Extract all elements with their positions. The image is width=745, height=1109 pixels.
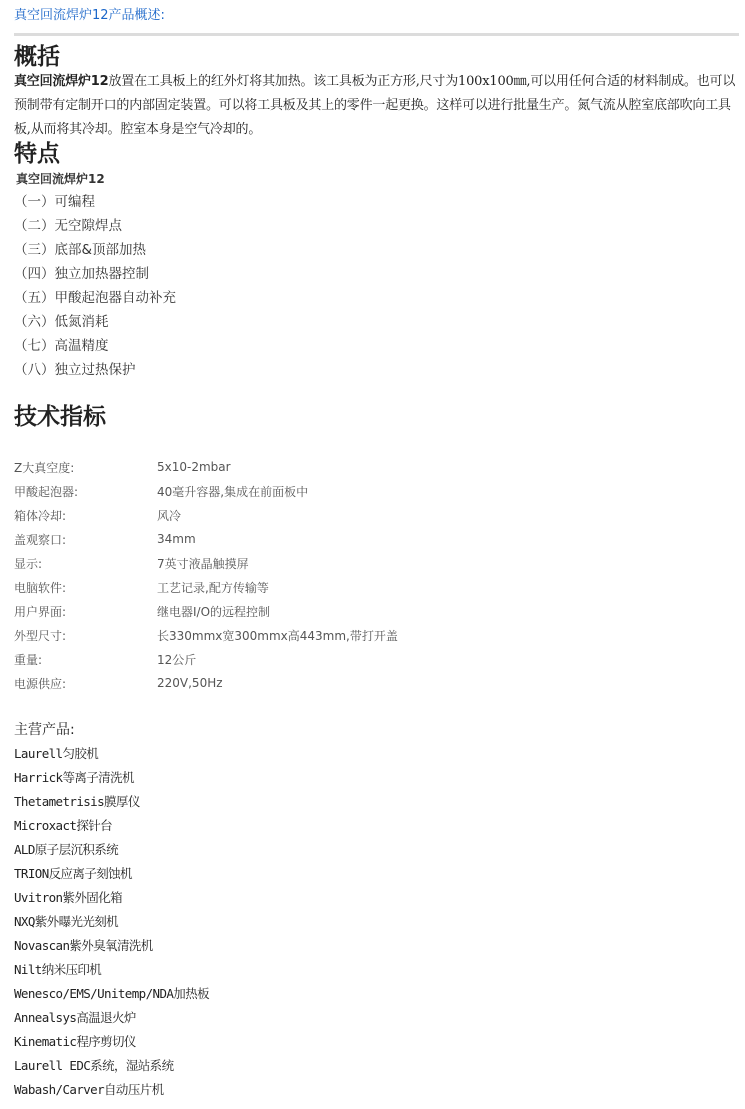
product-item: TRION反应离子刻蚀机 bbox=[14, 862, 209, 886]
spec-row: 用户界面:继电器I/O的远程控制 bbox=[14, 599, 398, 623]
spec-key: Z大真空度: bbox=[14, 455, 157, 479]
spec-key: 重量: bbox=[14, 647, 157, 671]
feature-item: （五）甲酸起泡器自动补充 bbox=[14, 286, 176, 310]
features-subheading: 真空回流焊炉12 bbox=[16, 171, 105, 187]
product-item: Uvitron紫外固化箱 bbox=[14, 886, 209, 910]
spec-key: 箱体冷却: bbox=[14, 503, 157, 527]
overview-heading: 概括 bbox=[14, 44, 60, 70]
spec-key: 甲酸起泡器: bbox=[14, 479, 157, 503]
spec-key: 电脑软件: bbox=[14, 575, 157, 599]
spec-key: 外型尺寸: bbox=[14, 623, 157, 647]
spec-value: 7英寸液晶触摸屏 bbox=[157, 551, 398, 575]
spec-row: 箱体冷却:风冷 bbox=[14, 503, 398, 527]
overview-product-name: 真空回流焊炉12 bbox=[14, 74, 109, 89]
product-item: Novascan紫外臭氧清洗机 bbox=[14, 934, 209, 958]
product-item: Thetametrisis膜厚仪 bbox=[14, 790, 209, 814]
spec-value: 风冷 bbox=[157, 503, 398, 527]
spec-row: 甲酸起泡器:40毫升容器,集成在前面板中 bbox=[14, 479, 398, 503]
spec-value: 继电器I/O的远程控制 bbox=[157, 599, 398, 623]
spec-value: 40毫升容器,集成在前面板中 bbox=[157, 479, 398, 503]
product-item: Annealsys高温退火炉 bbox=[14, 1006, 209, 1030]
spec-key: 电源供应: bbox=[14, 671, 157, 695]
spec-value: 工艺记录,配方传输等 bbox=[157, 575, 398, 599]
feature-item: （二）无空隙焊点 bbox=[14, 214, 176, 238]
header-separator bbox=[14, 33, 739, 36]
product-item: Harrick等离子清洗机 bbox=[14, 766, 209, 790]
product-item: NXQ紫外曝光光刻机 bbox=[14, 910, 209, 934]
specs-table: Z大真空度:5x10-2mbar 甲酸起泡器:40毫升容器,集成在前面板中 箱体… bbox=[14, 455, 398, 695]
product-item: ALD原子层沉积系统 bbox=[14, 838, 209, 862]
specs-heading: 技术指标 bbox=[14, 402, 106, 432]
products-list: Laurell匀胶机 Harrick等离子清洗机 Thetametrisis膜厚… bbox=[14, 742, 209, 1102]
products-heading: 主营产品: bbox=[14, 720, 75, 740]
feature-item: （四）独立加热器控制 bbox=[14, 262, 176, 286]
product-item: Kinematic程序剪切仪 bbox=[14, 1030, 209, 1054]
spec-row: 电脑软件:工艺记录,配方传输等 bbox=[14, 575, 398, 599]
spec-key: 用户界面: bbox=[14, 599, 157, 623]
spec-value: 34mm bbox=[157, 527, 398, 551]
product-item: Laurell EDC系统，湿站系统 bbox=[14, 1054, 209, 1078]
product-item: Microxact探针台 bbox=[14, 814, 209, 838]
spec-value: 5x10-2mbar bbox=[157, 455, 398, 479]
product-item: Wabash/Carver自动压片机 bbox=[14, 1078, 209, 1102]
overview-paragraph: 真空回流焊炉12放置在工具板上的红外灯将其加热。该工具板为正方形,尺寸为100x… bbox=[14, 70, 742, 142]
spec-key: 显示: bbox=[14, 551, 157, 575]
spec-row: 显示:7英寸液晶触摸屏 bbox=[14, 551, 398, 575]
feature-item: （七）高温精度 bbox=[14, 334, 176, 358]
overview-body: 放置在工具板上的红外灯将其加热。该工具板为正方形,尺寸为100x100㎜,可以用… bbox=[14, 74, 735, 137]
product-item: Nilt纳米压印机 bbox=[14, 958, 209, 982]
features-heading: 特点 bbox=[14, 141, 60, 167]
spec-row: 电源供应:220V,50Hz bbox=[14, 671, 398, 695]
feature-item: （八）独立过热保护 bbox=[14, 358, 176, 382]
spec-row: 外型尺寸:长330mmx宽300mmx高443mm,带打开盖 bbox=[14, 623, 398, 647]
page-header-title[interactable]: 真空回流焊炉12产品概述: bbox=[14, 7, 165, 25]
feature-item: （六）低氮消耗 bbox=[14, 310, 176, 334]
spec-key: 盖观察口: bbox=[14, 527, 157, 551]
product-item: Laurell匀胶机 bbox=[14, 742, 209, 766]
spec-row: 重量:12公斤 bbox=[14, 647, 398, 671]
spec-value: 长330mmx宽300mmx高443mm,带打开盖 bbox=[157, 623, 398, 647]
product-item: Wenesco/EMS/Unitemp/NDA加热板 bbox=[14, 982, 209, 1006]
spec-row: 盖观察口:34mm bbox=[14, 527, 398, 551]
spec-row: Z大真空度:5x10-2mbar bbox=[14, 455, 398, 479]
feature-item: （一）可编程 bbox=[14, 190, 176, 214]
feature-item: （三）底部&顶部加热 bbox=[14, 238, 176, 262]
spec-value: 12公斤 bbox=[157, 647, 398, 671]
spec-value: 220V,50Hz bbox=[157, 671, 398, 695]
features-list: （一）可编程 （二）无空隙焊点 （三）底部&顶部加热 （四）独立加热器控制 （五… bbox=[14, 190, 176, 382]
